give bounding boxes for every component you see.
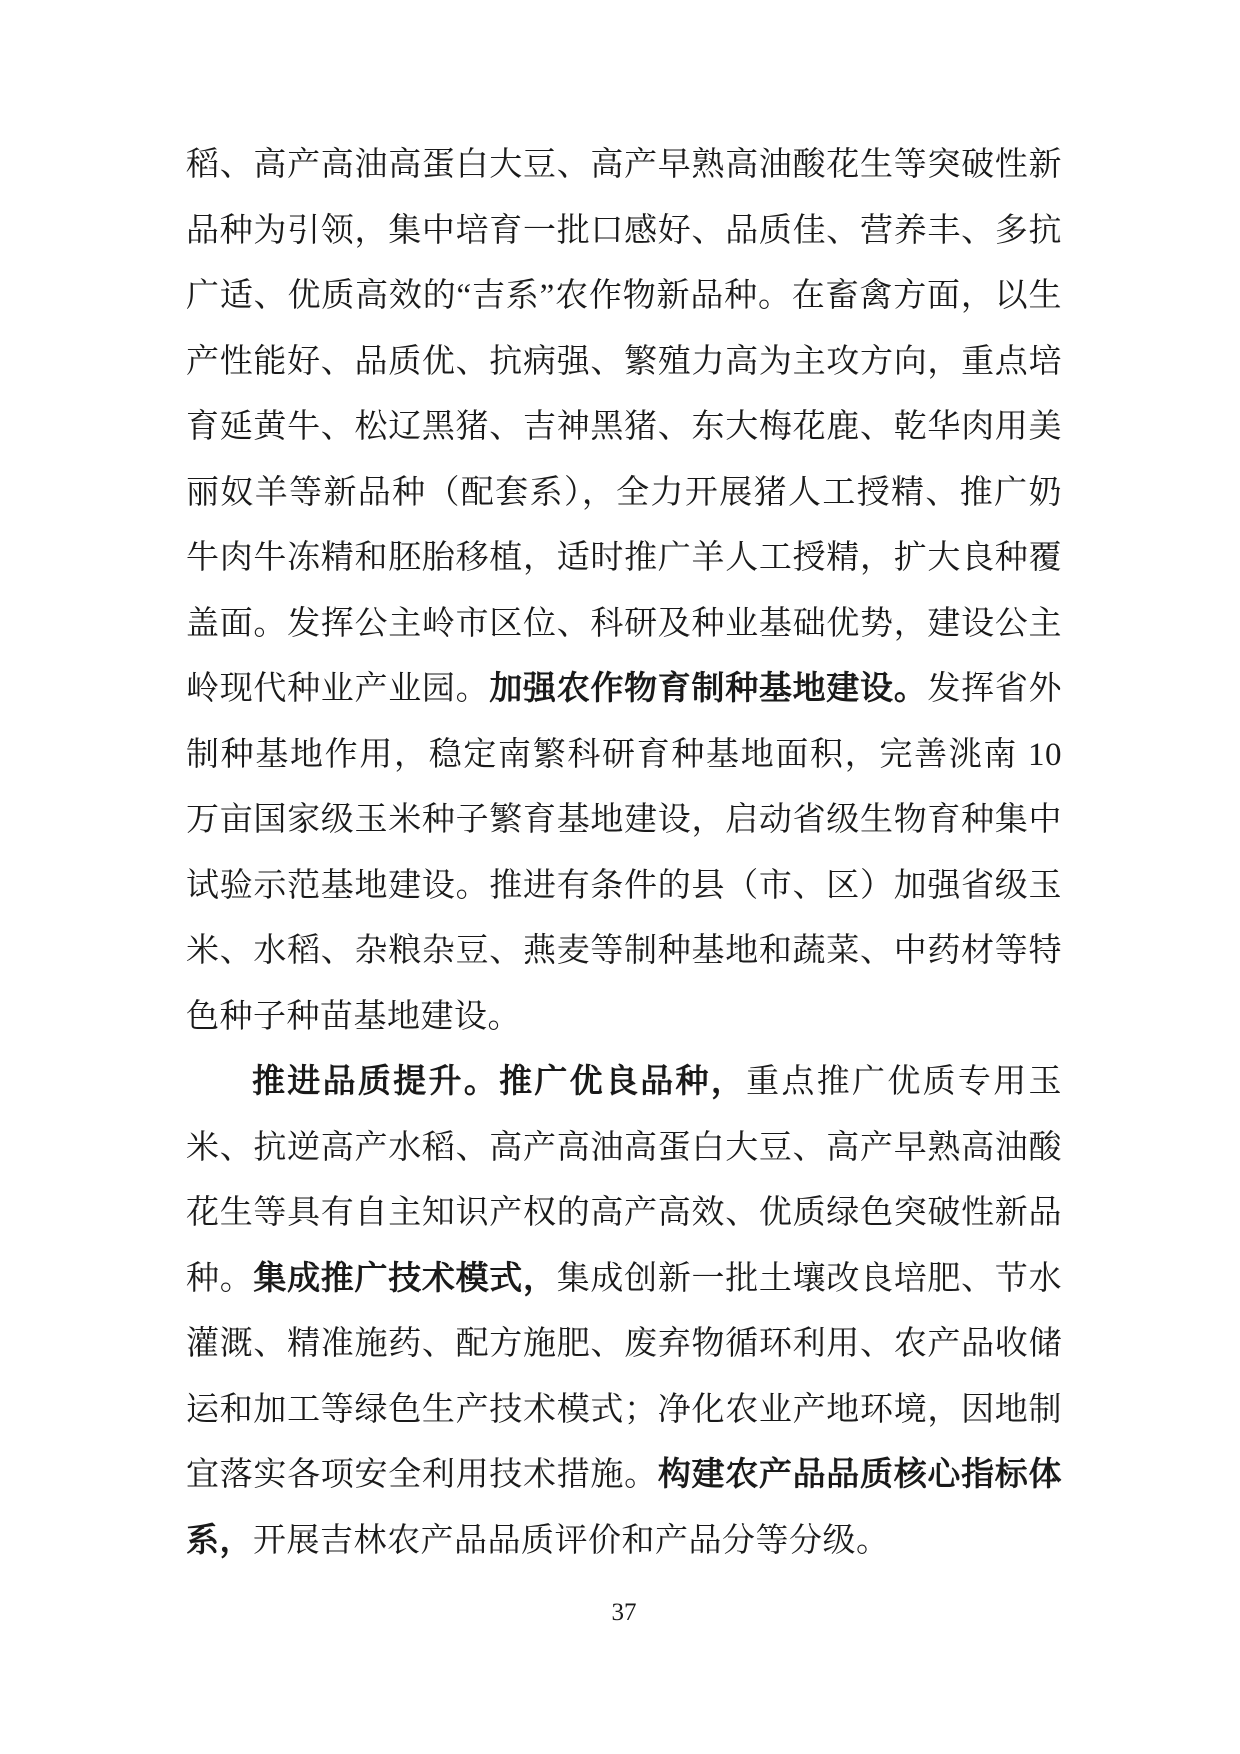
bold-run: 推进品质提升。推广优良品种， (252, 1064, 746, 1100)
paragraph: 推进品质提升。推广优良品种，重点推广优质专用玉米、抗逆高产水稻、高产高油高蛋白大… (186, 1050, 1062, 1574)
text-run: 稻、高产高油高蛋白大豆、高产早熟高油酸花生等突破性新品种为引领，集中培育一批口感… (186, 147, 1062, 707)
page: 稻、高产高油高蛋白大豆、高产早熟高油酸花生等突破性新品种为引领，集中培育一批口感… (0, 0, 1240, 1754)
text-run: 发挥省外制种基地作用，稳定南繁科研育种基地面积，完善洮南 10 万亩国家级玉米种… (186, 671, 1062, 1035)
paragraph: 稻、高产高油高蛋白大豆、高产早熟高油酸花生等突破性新品种为引领，集中培育一批口感… (186, 133, 1062, 1050)
document-body: 稻、高产高油高蛋白大豆、高产早熟高油酸花生等突破性新品种为引领，集中培育一批口感… (186, 133, 1062, 1574)
bold-run: 加强农作物育制种基地建设。 (489, 671, 927, 707)
text-run: 开展吉林农产品品质评价和产品分等分级。 (253, 1523, 890, 1559)
bold-run: 集成推广技术模式， (253, 1261, 556, 1297)
page-number: 37 (186, 1596, 1062, 1630)
